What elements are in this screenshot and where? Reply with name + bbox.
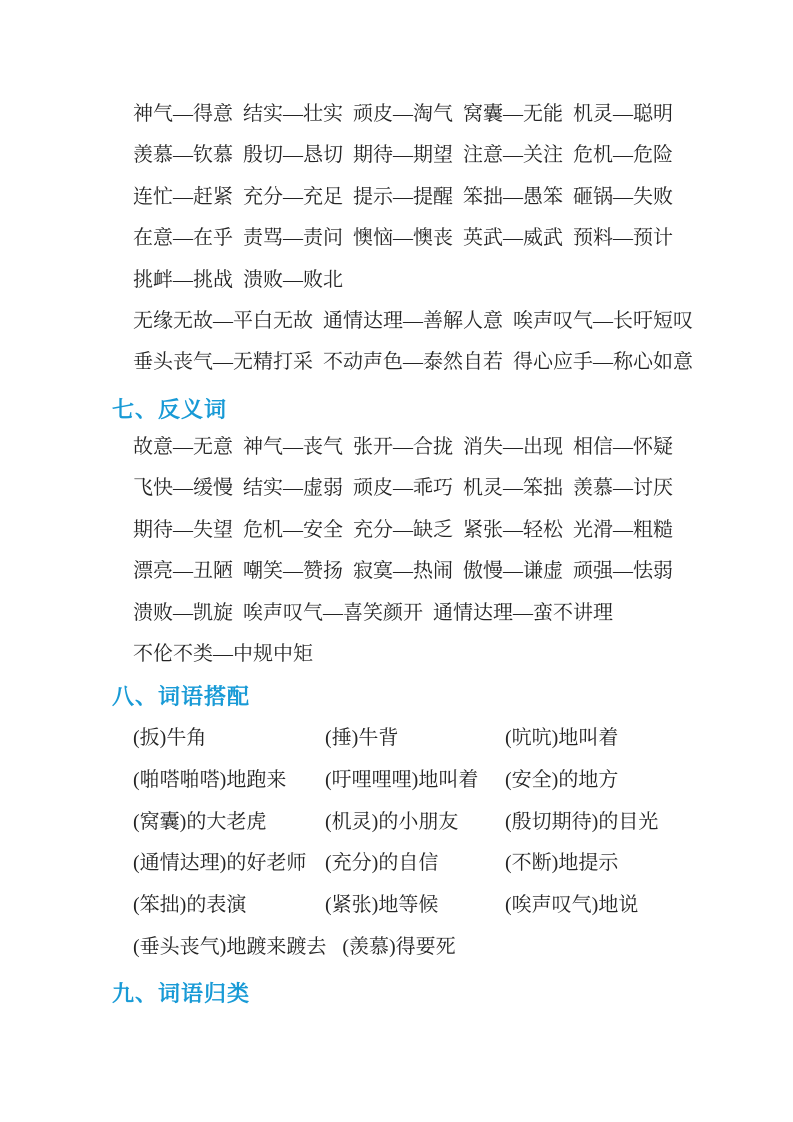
- synonym-line: 垂头丧气—无精打采 不动声色—泰然自若 得心应手—称心如意: [133, 342, 693, 383]
- synonym-line: 无缘无故—平白无故 通情达理—善解人意 唉声叹气—长吁短叹: [133, 301, 693, 342]
- collocation-cell: (垂头丧气)地踱来踱去: [133, 927, 326, 969]
- document-page: 神气—得意 结实—壮实 顽皮—淘气 窝囊—无能 机灵—聪明 羡慕—钦慕 殷切—恳…: [0, 0, 793, 1122]
- antonym-line: 飞快—缓慢 结实—虚弱 顽皮—乖巧 机灵—笨拙 羡慕—讨厌: [133, 468, 673, 509]
- collocation-cell: [472, 927, 733, 969]
- collocation-row: (通情达理)的好老师 (充分)的自信 (不断)地提示: [133, 843, 733, 885]
- collocation-row: (垂头丧气)地踱来踱去 (羡慕)得要死: [133, 927, 733, 969]
- collocations-section: (扳)牛角 (捶)牛背 (吭吭)地叫着 (啪嗒啪嗒)地跑来 (吁哩哩哩)地叫着 …: [133, 718, 733, 969]
- collocation-cell: (机灵)的小朋友: [325, 802, 505, 844]
- collocation-cell: (不断)地提示: [505, 843, 733, 885]
- antonyms-section: 故意—无意 神气—丧气 张开—合拢 消失—出现 相信—怀疑 飞快—缓慢 结实—虚…: [133, 427, 673, 675]
- collocation-row: (啪嗒啪嗒)地跑来 (吁哩哩哩)地叫着 (安全)的地方: [133, 760, 733, 802]
- classification-heading: 九、词语归类: [112, 981, 250, 1007]
- collocations-heading: 八、词语搭配: [112, 684, 250, 710]
- antonym-line: 故意—无意 神气—丧气 张开—合拢 消失—出现 相信—怀疑: [133, 427, 673, 468]
- collocation-cell: (紧张)地等候: [325, 885, 505, 927]
- antonym-line: 漂亮—丑陋 嘲笑—赞扬 寂寞—热闹 傲慢—谦虚 顽强—怯弱: [133, 551, 673, 592]
- collocation-row: (窝囊)的大老虎 (机灵)的小朋友 (殷切期待)的目光: [133, 802, 733, 844]
- collocation-cell: (通情达理)的好老师: [133, 843, 325, 885]
- synonym-line: 羡慕—钦慕 殷切—恳切 期待—期望 注意—关注 危机—危险: [133, 135, 693, 176]
- collocation-cell: (扳)牛角: [133, 718, 325, 760]
- synonym-line: 连忙—赶紧 充分—充足 提示—提醒 笨拙—愚笨 砸锅—失败: [133, 177, 693, 218]
- synonym-line: 神气—得意 结实—壮实 顽皮—淘气 窝囊—无能 机灵—聪明: [133, 94, 693, 135]
- synonym-line: 挑衅—挑战 溃败—败北: [133, 260, 693, 301]
- collocation-cell: (笨拙)的表演: [133, 885, 325, 927]
- collocation-cell: (吭吭)地叫着: [505, 718, 733, 760]
- collocation-cell: (捶)牛背: [325, 718, 505, 760]
- antonyms-heading: 七、反义词: [112, 397, 227, 423]
- collocation-cell: (充分)的自信: [325, 843, 505, 885]
- collocation-cell: (殷切期待)的目光: [505, 802, 733, 844]
- collocation-row: (笨拙)的表演 (紧张)地等候 (唉声叹气)地说: [133, 885, 733, 927]
- antonym-line: 溃败—凯旋 唉声叹气—喜笑颜开 通情达理—蛮不讲理: [133, 593, 673, 634]
- antonym-line: 期待—失望 危机—安全 充分—缺乏 紧张—轻松 光滑—粗糙: [133, 510, 673, 551]
- synonym-line: 在意—在乎 责骂—责问 懊恼—懊丧 英武—威武 预料—预计: [133, 218, 693, 259]
- synonyms-section: 神气—得意 结实—壮实 顽皮—淘气 窝囊—无能 机灵—聪明 羡慕—钦慕 殷切—恳…: [133, 94, 693, 384]
- collocation-cell: (唉声叹气)地说: [505, 885, 733, 927]
- collocation-cell: (窝囊)的大老虎: [133, 802, 325, 844]
- collocation-cell: (羡慕)得要死: [342, 927, 455, 969]
- antonym-line: 不伦不类—中规中矩: [133, 634, 673, 675]
- collocation-cell: (啪嗒啪嗒)地跑来: [133, 760, 325, 802]
- collocation-cell: (安全)的地方: [505, 760, 733, 802]
- collocation-cell: (吁哩哩哩)地叫着: [325, 760, 505, 802]
- collocation-row: (扳)牛角 (捶)牛背 (吭吭)地叫着: [133, 718, 733, 760]
